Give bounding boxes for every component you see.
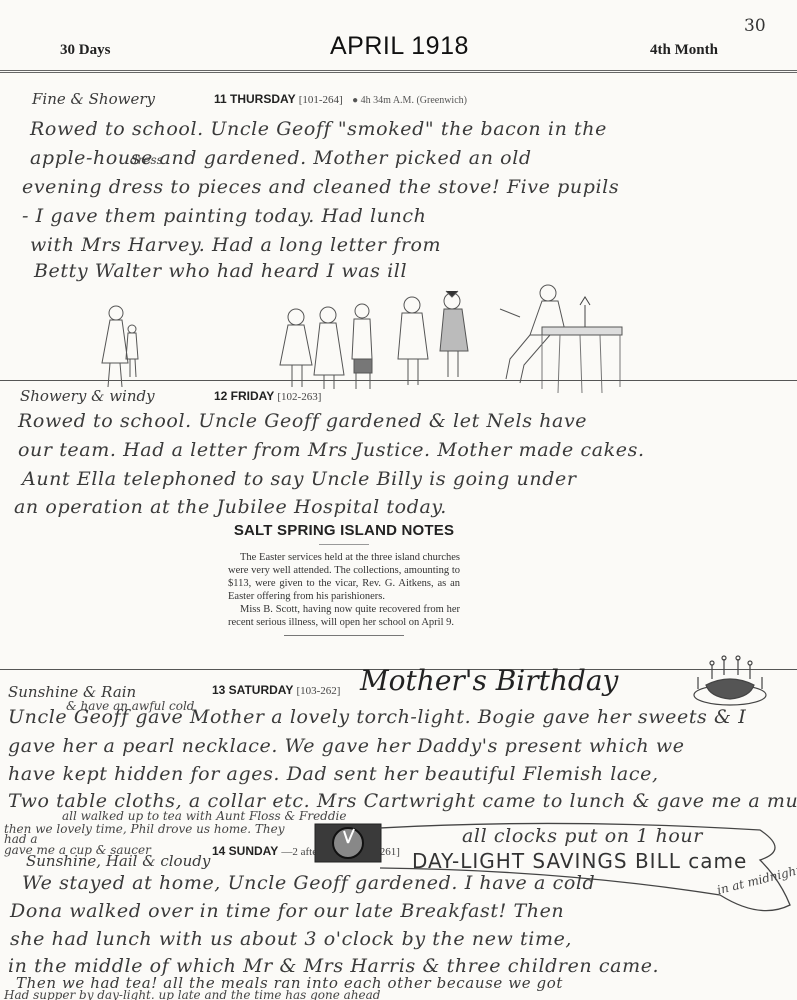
diary-line: evening dress to pieces and cleaned the …: [22, 176, 619, 198]
weather-note: Showery & windy: [20, 387, 155, 405]
day-label: 11 THURSDAY: [214, 92, 295, 106]
overflow-line: all walked up to tea with Aunt Floss & F…: [62, 809, 346, 823]
clipping-title: SALT SPRING ISLAND NOTES: [228, 522, 460, 539]
day-range: [102-263]: [277, 391, 321, 403]
day-range: [101-264]: [299, 94, 343, 106]
day-heading-saturday: 13 SATURDAY [103-262]: [212, 683, 340, 697]
header-divider: [0, 70, 797, 73]
clipping-paragraph: Miss B. Scott, having now quite recovere…: [228, 603, 460, 629]
overflow-line: then we lovely time, Phil drove us home.…: [4, 822, 285, 836]
day-label: 13 SATURDAY: [212, 683, 293, 697]
callout-line: DAY-LIGHT SAVINGS BILL came: [412, 849, 747, 873]
diary-line: - I gave them painting today. Had lunch: [22, 205, 426, 227]
day-label: 14 SUNDAY: [212, 844, 278, 858]
day-divider: [0, 380, 797, 381]
diary-line: Aunt Ella telephoned to say Uncle Billy …: [22, 468, 577, 490]
day-heading-thursday: 11 THURSDAY [101-264] ● 4h 34m A.M. (Gre…: [214, 92, 467, 106]
diary-line: gave her a pearl necklace. We gave her D…: [8, 735, 685, 757]
month-title: APRIL 1918: [330, 32, 469, 61]
moon-phase-text: 4h 34m A.M. (Greenwich): [361, 95, 467, 106]
birthday-heading: Mother's Birthday: [360, 664, 618, 697]
diary-line: an operation at the Jubilee Hospital tod…: [14, 496, 447, 518]
day-label: 12 FRIDAY: [214, 389, 274, 403]
diary-line: Rowed to school. Uncle Geoff "smoked" th…: [30, 118, 607, 140]
diary-line: with Mrs Harvey. Had a long letter from: [30, 234, 441, 256]
callout-line: all clocks put on 1 hour: [462, 825, 703, 847]
clipping-paragraph: The Easter services held at the three is…: [228, 551, 460, 603]
diary-page: 30 30 Days APRIL 1918 4th Month Fine & S…: [0, 0, 797, 1000]
day-heading-friday: 12 FRIDAY [102-263]: [214, 389, 321, 403]
clipping-separator: [319, 544, 369, 545]
diary-line: We stayed at home, Uncle Geoff gardened.…: [22, 872, 595, 894]
diary-line: apple-house and gardened. Mother picked …: [30, 147, 532, 169]
newspaper-clipping: SALT SPRING ISLAND NOTES The Easter serv…: [228, 522, 460, 636]
moon-phase-note: ● 4h 34m A.M. (Greenwich): [352, 95, 467, 106]
diary-line: she had lunch with us about 3 o'clock by…: [10, 928, 572, 950]
day-range: [103-262]: [296, 685, 340, 697]
diary-line: Dona walked over in time for our late Br…: [10, 900, 564, 922]
weather-note: Fine & Showery: [32, 90, 155, 108]
clock-illustration: [314, 823, 382, 863]
diary-line: Uncle Geoff gave Mother a lovely torch-l…: [8, 706, 746, 728]
birthday-cake-illustration: [690, 655, 770, 710]
diary-line: Had supper by day-light. up late and the…: [4, 988, 380, 1000]
clipping-bottom-rule: [284, 635, 404, 636]
weather-note: Sunshine, Hail & cloudy: [26, 852, 210, 870]
diary-line: Rowed to school. Uncle Geoff gardened & …: [18, 410, 587, 432]
diary-line: have kept hidden for ages. Dad sent her …: [8, 763, 659, 785]
children-sketch-illustration: [80, 275, 640, 395]
month-number-label: 4th Month: [650, 42, 718, 59]
days-count-label: 30 Days: [60, 42, 110, 59]
diary-line: our team. Had a letter from Mrs Justice.…: [18, 439, 645, 461]
page-number: 30: [744, 16, 766, 36]
